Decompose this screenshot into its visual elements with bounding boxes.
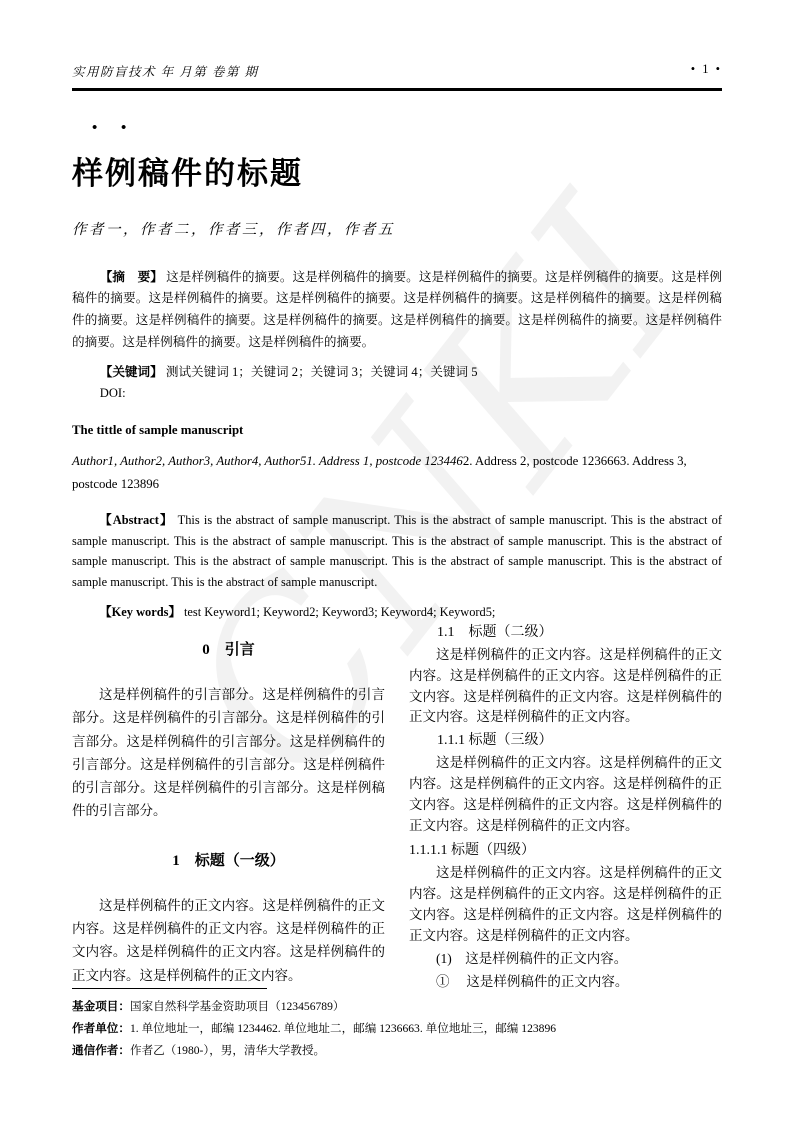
heading-level2: 1.1 标题（二级） xyxy=(409,622,722,643)
body-paragraph-2: 这是样例稿件的正文内容。这是样例稿件的正文内容。这是样例稿件的正文内容。这是样例… xyxy=(409,645,722,728)
corresponding-author-label: 通信作者： xyxy=(72,1044,130,1057)
abstract-label-en: 【Abstract】 xyxy=(99,513,173,527)
right-column: 1.1 标题（二级） 这是样例稿件的正文内容。这是样例稿件的正文内容。这是样例稿… xyxy=(409,622,722,995)
abstract-text-cn: 这是样例稿件的摘要。这是样例稿件的摘要。这是样例稿件的摘要。这是样例稿件的摘要。… xyxy=(72,270,722,349)
article-title: 样例稿件的标题 xyxy=(72,148,303,193)
heading-level3: 1.1.1 标题（三级） xyxy=(409,730,722,751)
list-item-numbered: (1) 这是样例稿件的正文内容。 xyxy=(409,948,722,971)
keywords-text-cn: 测试关键词 1；关键词 2；关键词 3；关键词 4；关键词 5 xyxy=(166,365,478,379)
corresponding-author-text: 作者乙（1980-），男，清华大学教授。 xyxy=(130,1044,325,1057)
body-paragraph-1: 这是样例稿件的正文内容。这是样例稿件的正文内容。这是样例稿件的正文内容。这是样例… xyxy=(72,894,385,987)
body-paragraph-4: 这是样例稿件的正文内容。这是样例稿件的正文内容。这是样例稿件的正文内容。这是样例… xyxy=(409,863,722,946)
journal-title: 实用防盲技术 年 月第 卷第 期 xyxy=(72,62,259,80)
keywords-en: 【Key words】 test Keyword1; Keyword2; Key… xyxy=(72,602,722,620)
body-paragraph-3: 这是样例稿件的正文内容。这是样例稿件的正文内容。这是样例稿件的正文内容。这是样例… xyxy=(409,753,722,836)
heading-intro: 0 引言 xyxy=(72,638,385,659)
author-affiliation-line: 作者单位：1. 单位地址一，邮编 1234462. 单位地址二，邮编 12366… xyxy=(72,1018,722,1040)
footnote-rule xyxy=(72,988,267,989)
footnotes: 基金项目：国家自然科学基金资助项目（123456789） 作者单位：1. 单位地… xyxy=(72,996,722,1062)
doi-line: DOI: xyxy=(72,386,722,401)
author-affiliation-label: 作者单位： xyxy=(72,1022,130,1035)
authors-en: Author1, Author2, Author3, Author4, Auth… xyxy=(72,450,722,497)
abstract-en: 【Abstract】 This is the abstract of sampl… xyxy=(72,510,722,592)
keywords-label-cn: 【关键词】 xyxy=(100,365,163,379)
abstract-cn: 【摘 要】 这是样例稿件的摘要。这是样例稿件的摘要。这是样例稿件的摘要。这是样例… xyxy=(72,267,722,354)
running-header: 实用防盲技术 年 月第 卷第 期 • 1 • xyxy=(72,62,722,80)
authors-cn: 作者一，作者二，作者三，作者四，作者五 xyxy=(72,218,395,239)
author-affiliation-text: 1. 单位地址一，邮编 1234462. 单位地址二，邮编 1236663. 单… xyxy=(130,1022,556,1035)
keywords-label-en: 【Key words】 xyxy=(99,605,181,619)
header-rule xyxy=(72,88,722,91)
fund-project-text: 国家自然科学基金资助项目（123456789） xyxy=(130,1000,345,1013)
heading-level1: 1 标题（一级） xyxy=(72,849,385,870)
keywords-cn: 【关键词】 测试关键词 1；关键词 2；关键词 3；关键词 4；关键词 5 xyxy=(72,361,722,380)
page-number: • 1 • xyxy=(691,62,722,80)
two-column-body: 0 引言 这是样例稿件的引言部分。这是样例稿件的引言部分。这是样例稿件的引言部分… xyxy=(72,622,722,995)
manuscript-page: CNKI 实用防盲技术 年 月第 卷第 期 • 1 • • • 样例稿件的标题 … xyxy=(0,0,794,1123)
intro-paragraph: 这是样例稿件的引言部分。这是样例稿件的引言部分。这是样例稿件的引言部分。这是样例… xyxy=(72,683,385,823)
list-item-circled: ① 这是样例稿件的正文内容。 xyxy=(409,971,722,994)
fund-project-label: 基金项目： xyxy=(72,1000,130,1013)
keywords-text-en: test Keyword1; Keyword2; Keyword3; Keywo… xyxy=(184,605,495,619)
corresponding-author-line: 通信作者：作者乙（1980-），男，清华大学教授。 xyxy=(72,1040,722,1062)
left-column: 0 引言 这是样例稿件的引言部分。这是样例稿件的引言部分。这是样例稿件的引言部分… xyxy=(72,622,385,995)
title-en: The tittle of sample manuscript xyxy=(72,423,722,438)
authors-en-italic: Author1, Author2, Author3, Author4, Auth… xyxy=(72,454,463,468)
heading-level4: 1.1.1.1 标题（四级） xyxy=(409,840,722,861)
corner-dots: • • xyxy=(92,120,136,137)
fund-project-line: 基金项目：国家自然科学基金资助项目（123456789） xyxy=(72,996,722,1018)
abstract-label-cn: 【摘 要】 xyxy=(100,270,163,284)
